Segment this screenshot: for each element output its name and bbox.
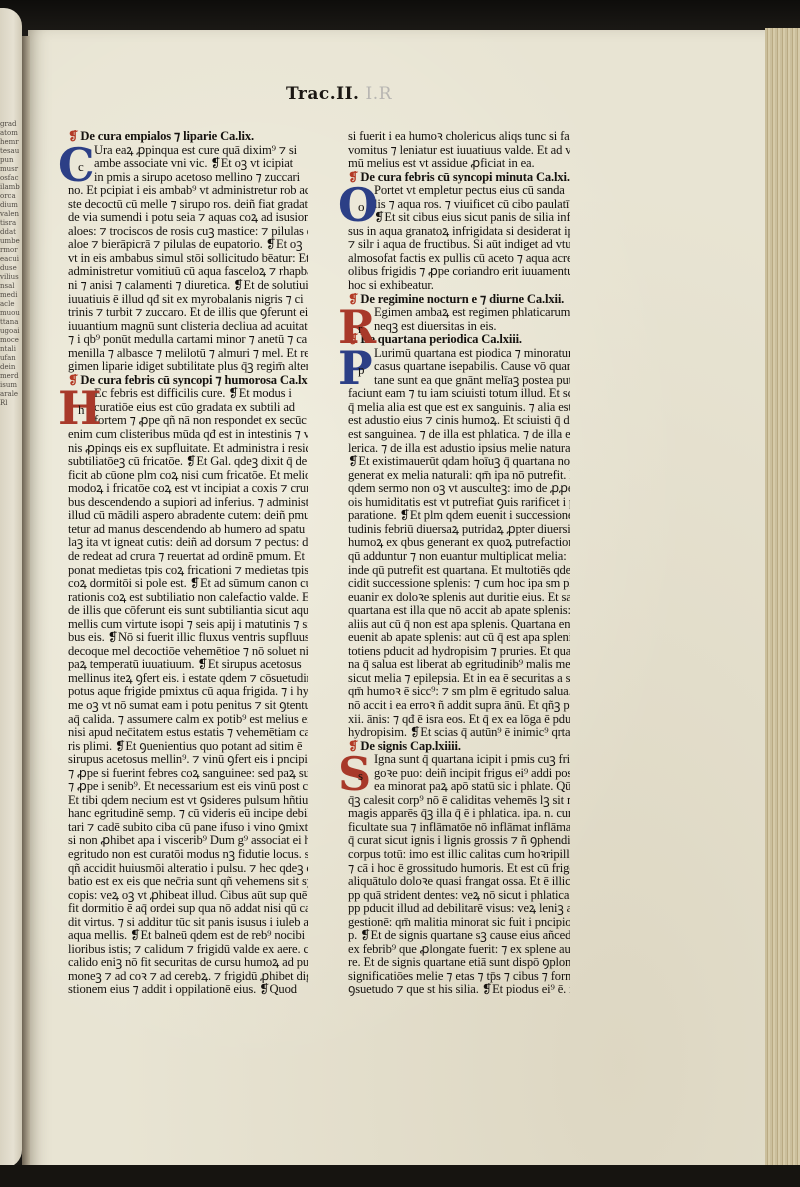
text-line: sirupus acetosus mellin⁹. ⁊ vinū ꝯfert e… <box>68 753 308 767</box>
rubric-text: De cura febris cū syncopi minuta Ca.lxi. <box>360 171 570 184</box>
chapter-rubric: ❡De cura febris cū syncopi minuta Ca.lxi… <box>348 171 570 185</box>
chapter-rubric: ❡De signis Cap.lxiiii. <box>348 740 570 754</box>
text-line: hydropisim. ❡Et scias q̄ autūn⁹ ē inimic… <box>348 726 570 740</box>
text-line: tane sunt ea que gnānt melīaꝫ postea put… <box>348 374 570 388</box>
text-line: ois humiditatis est vt putrefiat ꝯuis ra… <box>348 496 570 510</box>
text-line: bus descendendo a supiori ad inferius. ⁊… <box>68 496 308 510</box>
text-line: magis apparēs q̄ꝫ illa q̄ ē i phlatica. … <box>348 807 570 821</box>
text-line: si non ꝓhibet apa i viscerib⁹ Dum g⁹ ass… <box>68 834 308 848</box>
text-line: aliis aut cū q̄ non est apa splenis. Qua… <box>348 618 570 632</box>
chapter-rubric: ❡De quartana periodica Ca.lxiii. <box>348 333 570 347</box>
text-line: euenit ab apate splenis: aut cū q̄ est a… <box>348 631 570 645</box>
chapter-body: PpLurimū quartana est piodica ⁊ minoratu… <box>348 347 570 740</box>
text-line: in pmis a sirupo acetoso mellino ⁊ zucca… <box>68 171 308 185</box>
text-line: Ura eaꝝ ꝓpinqua est cure quā dixim⁹ ⁊ si <box>68 144 308 158</box>
left-text-column: ❡De cura empialos ⁊ liparie Ca.lix.CcUra… <box>68 130 308 997</box>
text-line: egritudo non est curatōi modus nꝫ fiduti… <box>68 848 308 862</box>
text-line: bus eis. ❡Nō si fuerit illic fluxus vent… <box>68 631 308 645</box>
text-line: lis ⁊ aqua ros. ⁊ viuificet cū cibo paul… <box>348 198 570 212</box>
text-line: modoꝝ i fricatōe coꝝ est vt incipiat a c… <box>68 482 308 496</box>
text-line: almosofat factis ex pullis cū aceto ⁊ aq… <box>348 252 570 266</box>
text-line: ficultate sua ⁊ inflāmatōe nō inflāmat i… <box>348 821 570 835</box>
text-line: ❡Et existimauerūt qdam hoīuꝫ q̄ quartana… <box>348 455 570 469</box>
text-line: ⁊ silr i aqua de fructibus. Si aūt indig… <box>348 238 570 252</box>
chapter-body: OoPortet vt empletur pectus eius cū sand… <box>348 184 570 292</box>
text-line: ❡Et sit cibus eius sicut panis de silia … <box>348 211 570 225</box>
text-line: q̄ꝫ calesit corp⁹ nō ē caliditas vehemēs… <box>348 794 570 808</box>
text-line: Lurimū quartana est piodica ⁊ minoratur <box>348 347 570 361</box>
text-line: totiens pducit ad hydropisim ⁊ pruries. … <box>348 645 570 659</box>
text-line: stionem eius ⁊ addit i oppilationē eius.… <box>68 983 308 997</box>
rubric-text: De quartana periodica Ca.lxiii. <box>360 333 522 346</box>
text-line: aloe ⁊ bierāpicrā ⁊ pilulas de eupatorio… <box>68 238 308 252</box>
text-line: qñ accidit huiusmōi alteratio i pulsu. ⁊… <box>68 862 308 876</box>
text-line: ris plimi. ❡Et ꝯuenientius quo potant ad… <box>68 740 308 754</box>
text-line: dit virtus. ⁊ si additur tūc sit panis i… <box>68 916 308 930</box>
text-line: subtiliatōeꝫ cū fricatōe. ❡Et Gal. qdeꝫ … <box>68 455 308 469</box>
text-line: aliquātulo doloꝛe quasi frangat ossa. Et… <box>348 875 570 889</box>
text-line: Ec febris est difficilis cure. ❡Et modus… <box>68 387 308 401</box>
text-line: aq̄ calida. ⁊ assumere calm ex potib⁹ es… <box>68 713 308 727</box>
text-line: lioribus istis; ⁊ calidum ⁊ frigidū vald… <box>68 943 308 957</box>
decorated-initial: C <box>58 142 95 188</box>
text-line: re. Et de signis quartane etiā sunt disp… <box>348 956 570 970</box>
text-line: paratione. ❡Et plm qdem euenit i success… <box>348 509 570 523</box>
chapter-rubric: ❡De cura empialos ⁊ liparie Ca.lix. <box>68 130 308 144</box>
text-line: mū melius est vt assidue ꝓficiat in ea. <box>348 157 570 171</box>
chapter-body: CcUra eaꝝ ꝓpinqua est cure quā dixim⁹ ⁊ … <box>68 144 308 374</box>
text-line: rationis coꝝ est subtiliatio non calefac… <box>68 591 308 605</box>
text-line: fit dormitio ē aq̄ ordei sup qua nō adda… <box>68 902 308 916</box>
text-line: de illis que cōferunt eis sunt subtilian… <box>68 604 308 618</box>
text-line: copis: veꝝ oꝫ vt ꝓhibeat illud. Cibus aū… <box>68 889 308 903</box>
text-line: generat ex melia naturali: qm̄ ipa nō pu… <box>348 469 570 483</box>
text-line: hoc si exhibeatur. <box>348 279 570 293</box>
text-line: calido eniꝫ nō fit securitas de cursu hu… <box>68 956 308 970</box>
text-line: inde qū putrefit est quartana. Et multot… <box>348 564 570 578</box>
text-line: pp pducit illud ad debilitarē visus: veꝝ… <box>348 902 570 916</box>
text-line: significatiōes melie ⁊ etas ⁊ tp̄s ⁊ cib… <box>348 970 570 984</box>
guide-letter: r <box>358 322 362 336</box>
text-line: administretur vomitiuū cū aqua fasceloꝝ … <box>68 265 308 279</box>
text-line: ⁊ cā i hoc ē grossitudo humoris. Et est … <box>348 862 570 876</box>
text-line: gestionē: qm̄ malitia minorat sic fuit i… <box>348 916 570 930</box>
book-gutter <box>22 36 30 1176</box>
text-line: hanc egritudinē semp. ⁊ cū videris eū in… <box>68 807 308 821</box>
text-line: tudinis febriū diuersaꝝ putridaꝝ ꝓpter d… <box>348 523 570 537</box>
text-line: tari ⁊ cadē subito ciba cū pane ifuso i … <box>68 821 308 835</box>
text-line: fortem ⁊ ꝓpe qñ nā non respondet ex secū… <box>68 414 308 428</box>
text-line: goꝛe puo: deiñ incipit frigus ei⁹ addi p… <box>348 767 570 781</box>
text-line: qū adduntur ⁊ non euantur multiplicat me… <box>348 550 570 564</box>
text-line: casus quartane isepabilis. Cause vō quar <box>348 360 570 374</box>
chapter-body: SsIgna sunt q̄ quartana icipit i pmis cu… <box>348 753 570 997</box>
running-head-text: Trac.II. <box>286 84 359 104</box>
text-line: p. ❡Et de signis quartane sꝫ cause eius … <box>348 929 570 943</box>
decorated-initial: P <box>338 345 373 391</box>
facing-page-text: gradatomhemrtesaupunmusrosfacilamborcadi… <box>0 120 20 408</box>
text-line: decoque mel decoctiōe vehemētioe ⁊ nō so… <box>68 645 308 659</box>
text-line: ꝯsuetudo ⁊ que st his silia. ❡Et piodus … <box>348 983 570 997</box>
text-line: trinis ⁊ turbit ⁊ zuccaro. Et de illis q… <box>68 306 308 320</box>
text-line: iuuatiuis ē illud qđ sit ex myrobalanis … <box>68 293 308 307</box>
text-line: ficit ab cūone plm coꝝ nisi cum fricatōe… <box>68 469 308 483</box>
text-line: nis ꝓpinqs eis ex supfluitate. Et admini… <box>68 442 308 456</box>
text-line: mellis cum virtute isopi ⁊ seis apij i m… <box>68 618 308 632</box>
text-line: curatiōe eius est cūo gradata ex subtili… <box>68 401 308 415</box>
text-line: quartana est illa que nō accit ab apate … <box>348 604 570 618</box>
rubric-text: De signis Cap.lxiiii. <box>360 740 460 753</box>
text-line: illud cū mādili aspero abradente cutem: … <box>68 509 308 523</box>
chapter-rubric: ❡De regimine nocturn e ⁊ diurne Ca.lxii. <box>348 293 570 307</box>
text-line: lerica. ⁊ de illa est adustio ipsius mel… <box>348 442 570 456</box>
text-line: iuuantium magnū sunt clisteria decliua a… <box>68 320 308 334</box>
text-line: Igna sunt q̄ quartana icipit i pmis cuꝫ … <box>348 753 570 767</box>
guide-letter: h <box>78 403 85 417</box>
text-line: aqua mellis. ❡Et balneū qdem est de reb⁹… <box>68 929 308 943</box>
text-line: est sanguinea. ⁊ de illa est phlatica. ⁊… <box>348 428 570 442</box>
facing-page-edge: gradatomhemrtesaupunmusrosfacilamborcadi… <box>0 8 22 1168</box>
text-line: Portet vt empletur pectus eius cū sanda <box>348 184 570 198</box>
text-line: vomitus ⁊ leniatur est iuuatiuus valde. … <box>348 144 570 158</box>
guide-letter: o <box>358 200 365 214</box>
guide-letter: s <box>358 769 363 783</box>
text-line: tetur ad manus descendendo ab humero ad … <box>68 523 308 537</box>
text-line: na q̄ salua est liberat ab egritudinib⁹ … <box>348 658 570 672</box>
text-line: ⁊ ꝓpe si fuerint febres coꝝ sanguinee: s… <box>68 767 308 781</box>
text-line: laꝫ ita vt igneat cutis: deiñ ad dorsum … <box>68 536 308 550</box>
rubric-text: De cura febris cū syncopi ⁊ humorosa Ca.… <box>80 374 308 387</box>
chapter-rubric: ❡De cura febris cū syncopi ⁊ humorosa Ca… <box>68 374 308 388</box>
text-line: Et tibi qdem necium est vt ꝯsideres puls… <box>68 794 308 808</box>
text-line: neqꝫ est diuersitas in eis. <box>348 320 570 334</box>
text-line: nō accit i ea erroꝛ ñ addit supra ānū. E… <box>348 699 570 713</box>
text-line: faciunt eam ⁊ tu iam sciuisti totum illu… <box>348 387 570 401</box>
text-line: xii. ānis: ⁊ qđ ē isra eos. Et q̄ ex ea … <box>348 713 570 727</box>
text-line: q̄ curat sicut ignis i lignis grossis ⁊ … <box>348 834 570 848</box>
guide-letter: p <box>358 363 365 377</box>
decorated-initial: S <box>338 751 371 797</box>
guide-letter: c <box>78 160 84 174</box>
text-line: ni ⁊ anisi ⁊ calamenti ⁊ diuretica. ❡Et … <box>68 279 308 293</box>
running-head-showthrough: I.R <box>365 84 391 104</box>
rubric-text: De cura empialos ⁊ liparie Ca.lix. <box>80 130 254 143</box>
text-line: qm̄ humoꝛ ē sicc⁹: ⁊ sm plm ē egritudo s… <box>348 685 570 699</box>
text-line: nisi apud nec̄itatem estus estatis ⁊ veh… <box>68 726 308 740</box>
scan-bottom-shadow <box>0 1165 800 1187</box>
text-line: q̄ melia alia est que est ex sanguinis. … <box>348 401 570 415</box>
text-line: gimen liparie idiget subtilitate plus q̄… <box>68 360 308 374</box>
text-line: batio est ex eis que nec̄ria sunt qñ veh… <box>68 875 308 889</box>
text-line: cidit successione splenis: ⁊ cum hoc ipa… <box>348 577 570 591</box>
text-line: aloes: ⁊ trociscos de rosis cuꝫ mastice:… <box>68 225 308 239</box>
text-line: ⁊ i qb⁹ ponūt medulla cartami minor ⁊ an… <box>68 333 308 347</box>
text-line: coꝝ dormitōi si pole est. ❡Et ad sūmum c… <box>68 577 308 591</box>
right-text-column: si fuerit i ea humoꝛ cholericus aliqs tu… <box>348 130 570 997</box>
page-fore-edge <box>765 28 800 1178</box>
text-line: vt in eis ambabus simul stōi sollicitudo… <box>68 252 308 266</box>
rubric-text: De regimine nocturn e ⁊ diurne Ca.lxii. <box>360 293 564 306</box>
text-line: pp quā strident dentes: veꝝ nō sicut i p… <box>348 889 570 903</box>
text-line: moneꝫ ⁊ ad coꝛ ⁊ ad cerebꝝ. ⁊ frigidū ꝓh… <box>68 970 308 984</box>
text-line: paꝝ temperatū iuuatiuum. ❡Et sirupus ace… <box>68 658 308 672</box>
text-line: sus in aqua granatoꝝ infrigidata si desi… <box>348 225 570 239</box>
chapter-body: HhEc febris est difficilis cure. ❡Et mod… <box>68 387 308 997</box>
chapter-body: RrEgimen ambaꝝ est regimen phlaticarumne… <box>348 306 570 333</box>
text-line: me oꝫ vt nō sumat eam i potu penitus ⁊ s… <box>68 699 308 713</box>
text-line: olibus frigidis ⁊ ꝓpe coriandro erit iuu… <box>348 265 570 279</box>
text-line: humoꝝ ex qbus generant ex quoꝝ putrefact… <box>348 536 570 550</box>
text-line: qdem sermo non oꝫ vt ausculteꝫ: imo de ꝓ… <box>348 482 570 496</box>
text-line: ambe associate vni vic. ❡Et oꝫ vt icipia… <box>68 157 308 171</box>
text-line: mellinus iteꝝ ꝯfert eis. i estate qdem ⁊… <box>68 672 308 686</box>
text-line: euanir ex doloꝛe splenis aut duritie eiu… <box>348 591 570 605</box>
running-head: Trac.II.I.R <box>286 84 392 104</box>
text-line: no. Et pcipiat i eis ambab⁹ vt administr… <box>68 184 308 198</box>
text-line: enim cum clisteribus mūda qđ est in inte… <box>68 428 308 442</box>
text-line: ste decoctū cū melle ⁊ sirupo ros. deiñ … <box>68 198 308 212</box>
text-line: ea minorat paꝝ apō statū sic i phlate. Q… <box>348 780 570 794</box>
text-line: corpus totū: imo est illic calitas cum h… <box>348 848 570 862</box>
text-line: ex febrib⁹ que ꝓlongate fuerit: ⁊ ex spl… <box>348 943 570 957</box>
text-line: Egimen ambaꝝ est regimen phlaticarum <box>348 306 570 320</box>
text-line: sicut melia ⁊ epilepsia. Et in ea ē secu… <box>348 672 570 686</box>
text-line: ⁊ ꝓpe i senib⁹. Et necessarium est eis v… <box>68 780 308 794</box>
text-line: potus aque frigide pmixtus cū aqua frigi… <box>68 685 308 699</box>
text-line: menilla ⁊ albasce ⁊ melilotū ⁊ almuri ⁊ … <box>68 347 308 361</box>
text-line: ponat medietas tpis coꝝ fricationi ⁊ med… <box>68 564 308 578</box>
text-line: de via sumendi i potu seia ⁊ aquas coꝝ a… <box>68 211 308 225</box>
text-line: est adustio eius ⁊ cinis humoꝝ. Et sciui… <box>348 414 570 428</box>
text-line: si fuerit i ea humoꝛ cholericus aliqs tu… <box>348 130 570 144</box>
text-line: de redeat ad crura ⁊ reuertat ad ordinē … <box>68 550 308 564</box>
